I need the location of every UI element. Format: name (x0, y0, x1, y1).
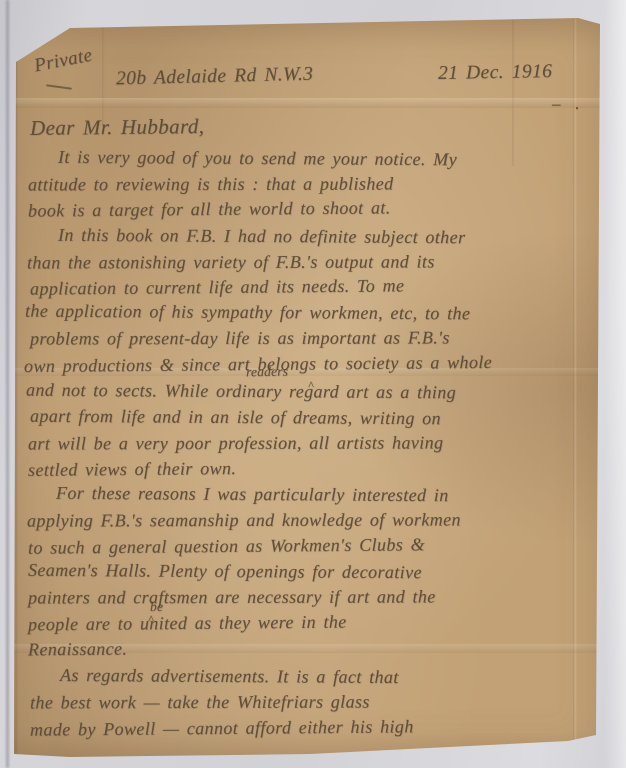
date-underline-mark: – . (552, 94, 584, 114)
handwritten-line: book is a target for all the world to sh… (28, 197, 391, 221)
handwritten-line: In this book on F.B. I had no definite s… (58, 225, 466, 248)
handwritten-line: problems of present-day life is as impor… (30, 327, 450, 349)
handwritten-line: settled views of their own. (28, 458, 236, 481)
handwritten-line: It is very good of you to send me your n… (58, 147, 457, 170)
private-annotation: Private (32, 45, 94, 78)
handwritten-line: and not to sects. While ordinary regard … (26, 380, 456, 404)
photo-background: Private 20b Adelaide Rd N.W.3 21 Dec. 19… (0, 0, 626, 768)
handwritten-line: Renaissance. (28, 639, 127, 661)
handwritten-line: made by Powell — cannot afford either hi… (30, 716, 414, 740)
handwritten-line: art will be a very poor profession, all … (28, 432, 443, 454)
inserted-word-readers: readers (246, 364, 288, 381)
caret-mark: ^ (308, 378, 313, 393)
handwritten-line: Seamen's Halls. Plenty of openings for d… (28, 560, 422, 583)
handwritten-line: application to current life and its need… (30, 275, 405, 299)
handwritten-line: attitude to reviewing is this : that a p… (28, 174, 394, 196)
handwritten-line: the best work — take the Whitefriars gla… (30, 692, 370, 714)
letter-date: 21 Dec. 1916 (438, 61, 553, 85)
handwritten-line: apart from life and in an isle of dreams… (30, 406, 441, 430)
handwritten-line: to such a general question as Workmen's … (28, 534, 425, 558)
handwritten-line: than the astonishing variety of F.B.'s o… (27, 251, 435, 273)
handwritten-line: people are to united as they were in the (28, 612, 347, 636)
handwritten-line: applying F.B.'s seamanship and knowledge… (27, 509, 461, 531)
underline-stroke (46, 84, 72, 90)
handwritten-line: As regards advertisements. It is a fact … (60, 665, 399, 688)
handwritten-line: the application of his sympathy for work… (25, 301, 470, 325)
sender-address: 20b Adelaide Rd N.W.3 (116, 64, 314, 91)
caret-mark: ^ (148, 612, 153, 627)
handwritten-line: painters and craftsmen are necessary if … (28, 586, 436, 608)
handwriting-layer: Private 20b Adelaide Rd N.W.3 21 Dec. 19… (0, 0, 626, 768)
handwritten-line: For these reasons I was particularly int… (56, 483, 449, 506)
salutation: Dear Mr. Hubbard, (30, 114, 205, 141)
